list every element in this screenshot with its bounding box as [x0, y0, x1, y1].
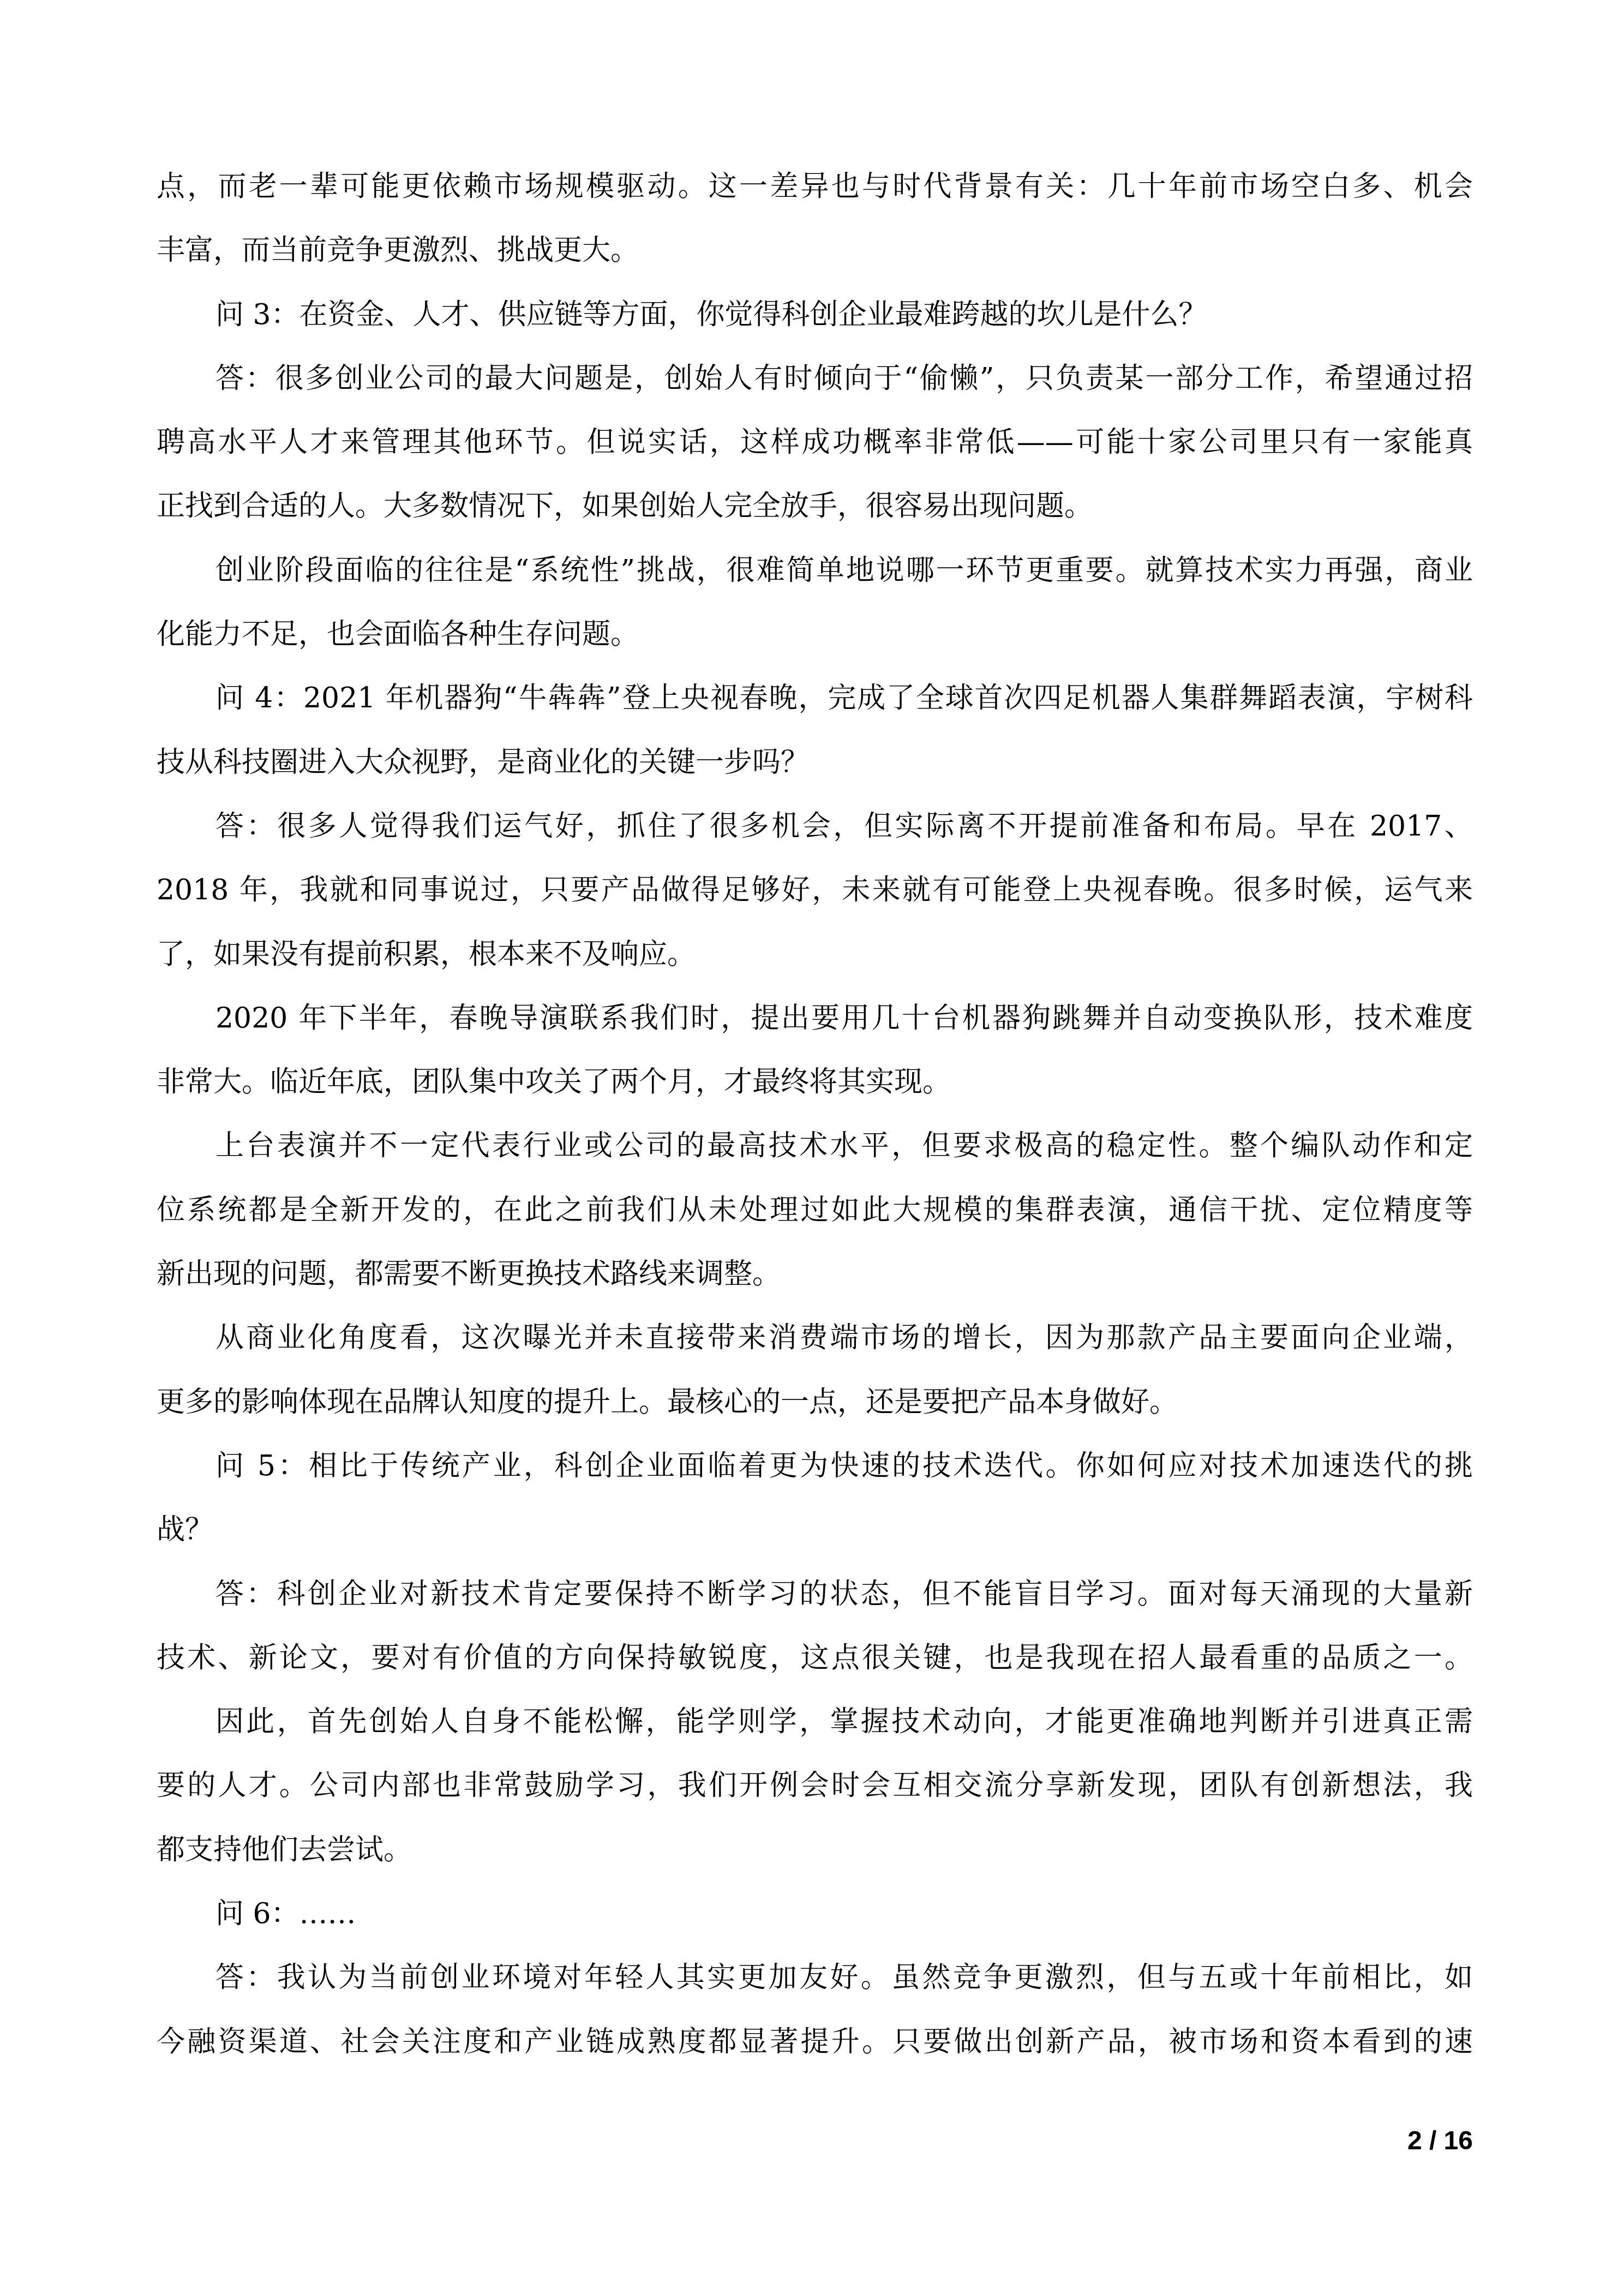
paragraph-line: 2018 年，我就和同事说过，只要产品做得足够好，未来就有可能登上央视春晚。很多… [157, 867, 1473, 931]
paragraph-line-end: 正找到合适的人。大多数情况下，如果创始人完全放手，很容易出现问题。 [157, 483, 1473, 547]
paragraph-line-end: 问 3：在资金、人才、供应链等方面，你觉得科创企业最难跨越的坎儿是什么？ [157, 292, 1473, 356]
paragraph-line: 因此，首先创始人自身不能松懈，能学则学，掌握技术动向，才能更准确地判断并引进真正… [157, 1699, 1473, 1763]
paragraph-line-end: 化能力不足，也会面临各种生存问题。 [157, 611, 1473, 675]
paragraph-line-end: 了，如果没有提前积累，根本来不及响应。 [157, 931, 1473, 995]
paragraph-line: 2020 年下半年，春晚导演联系我们时，提出要用几十台机器狗跳舞并自动变换队形，… [157, 995, 1473, 1059]
paragraph-line: 从商业化角度看，这次曝光并未直接带来消费端市场的增长，因为那款产品主要面向企业端… [157, 1315, 1473, 1379]
paragraph-line: 答：很多人觉得我们运气好，抓住了很多机会，但实际离不开提前准备和布局。早在 20… [157, 803, 1473, 867]
paragraph-line: 答：科创企业对新技术肯定要保持不断学习的状态，但不能盲目学习。面对每天涌现的大量… [157, 1571, 1473, 1635]
paragraph-line-end: 战？ [157, 1507, 1473, 1571]
paragraph-line-end: 丰富，而当前竞争更激烈、挑战更大。 [157, 227, 1473, 291]
paragraph-line-end: 技从科技圈进入大众视野，是商业化的关键一步吗？ [157, 740, 1473, 803]
paragraph-line-end: 都支持他们去尝试。 [157, 1827, 1473, 1891]
paragraph-line: 位系统都是全新开发的，在此之前我们从未处理过如此大规模的集群表演，通信干扰、定位… [157, 1187, 1473, 1251]
document-page: 点，而老一辈可能更依赖市场规模驱动。这一差异也与时代背景有关：几十年前市场空白多… [0, 0, 1624, 2296]
page-number: 2 / 16 [1386, 2125, 1473, 2157]
paragraph-line-end: 非常大。临近年底，团队集中攻关了两个月，才最终将其实现。 [157, 1059, 1473, 1123]
paragraph-line-end: 更多的影响体现在品牌认知度的提升上。最核心的一点，还是要把产品本身做好。 [157, 1379, 1473, 1443]
paragraph-line: 要的人才。公司内部也非常鼓励学习，我们开例会时会互相交流分享新发现，团队有创新想… [157, 1763, 1473, 1826]
document-body: 点，而老一辈可能更依赖市场规模驱动。这一差异也与时代背景有关：几十年前市场空白多… [157, 164, 1473, 2083]
paragraph-line: 聘高水平人才来管理其他环节。但说实话，这样成功概率非常低——可能十家公司里只有一… [157, 419, 1473, 483]
paragraph-line-end: 新出现的问题，都需要不断更换技术路线来调整。 [157, 1251, 1473, 1315]
paragraph-line: 技术、新论文，要对有价值的方向保持敏锐度，这点很关键，也是我现在招人最看重的品质… [157, 1635, 1473, 1699]
paragraph-line: 点，而老一辈可能更依赖市场规模驱动。这一差异也与时代背景有关：几十年前市场空白多… [157, 164, 1473, 227]
paragraph-line: 答：我认为当前创业环境对年轻人其实更加友好。虽然竞争更激烈，但与五或十年前相比，… [157, 1955, 1473, 2018]
paragraph-line: 问 4：2021 年机器狗“牛犇犇”登上央视春晚，完成了全球首次四足机器人集群舞… [157, 675, 1473, 739]
paragraph-line: 答：很多创业公司的最大问题是，创始人有时倾向于“偷懒”，只负责某一部分工作，希望… [157, 356, 1473, 419]
paragraph-line: 上台表演并不一定代表行业或公司的最高技术水平，但要求极高的稳定性。整个编队动作和… [157, 1123, 1473, 1187]
paragraph-line: 创业阶段面临的往往是“系统性”挑战，很难简单地说哪一环节更重要。就算技术实力再强… [157, 548, 1473, 611]
paragraph-line: 今融资渠道、社会关注度和产业链成熟度都显著提升。只要做出创新产品，被市场和资本看… [157, 2019, 1473, 2083]
paragraph-line-end: 问 6：…… [157, 1891, 1473, 1955]
paragraph-line: 问 5：相比于传统产业，科创企业面临着更为快速的技术迭代。你如何应对技术加速迭代… [157, 1443, 1473, 1507]
